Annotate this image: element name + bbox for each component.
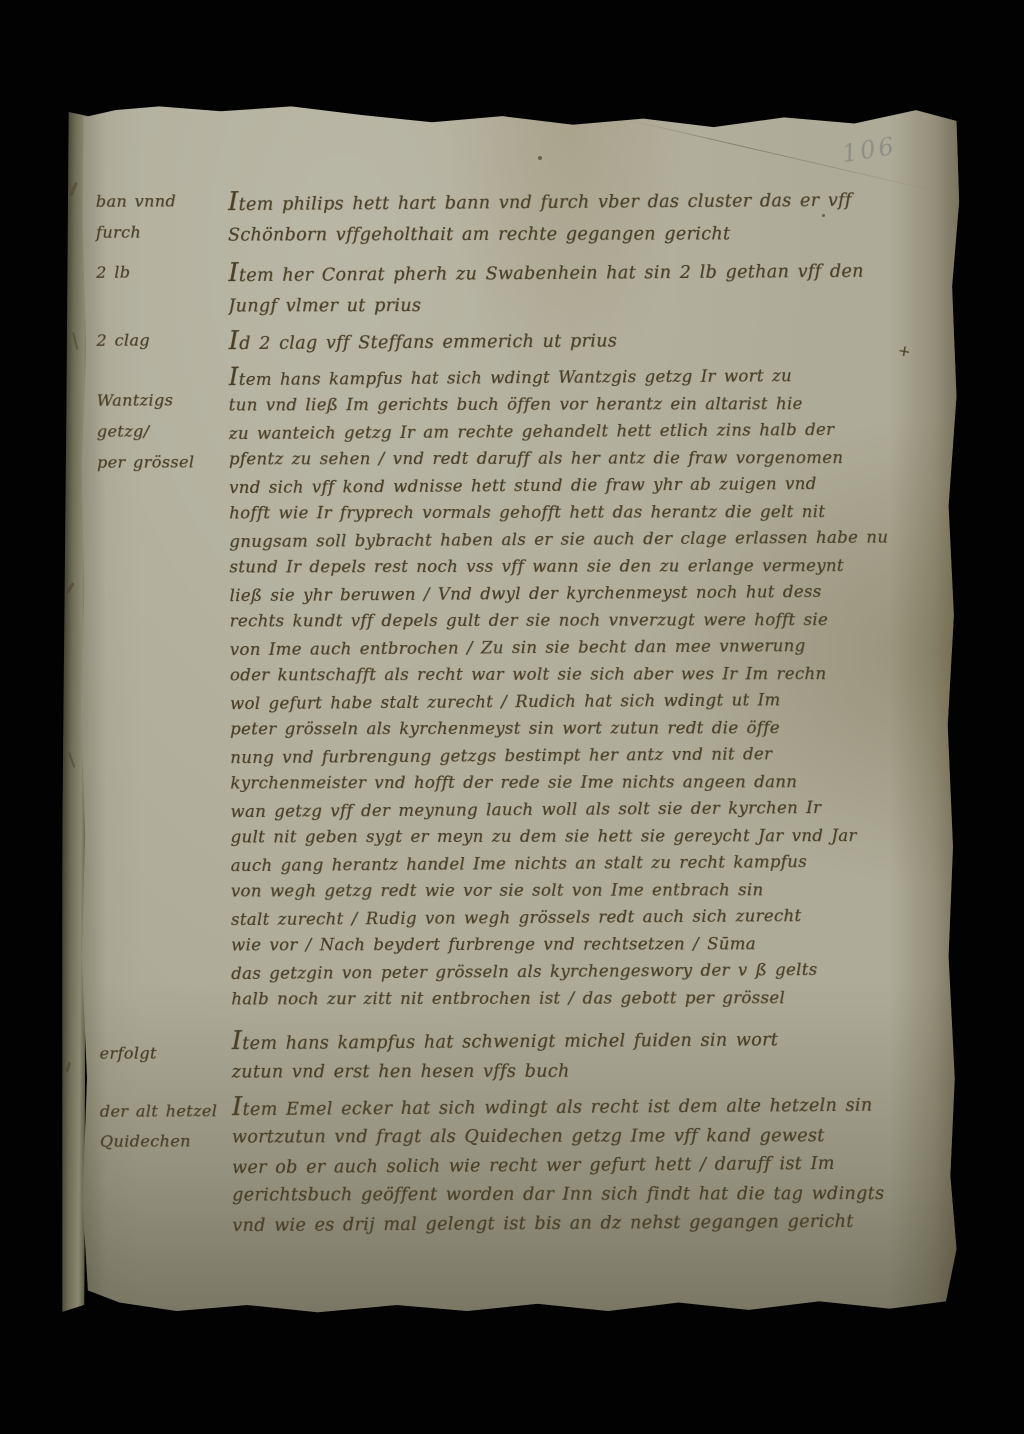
text-line: tun vnd ließ Im gerichts buch öffen vor …: [229, 390, 929, 419]
entry-2-clag: 2 clagId 2 clag vff Steffans emmerich ut…: [96, 321, 934, 360]
entry-2-lb: 2 lbItem her Conrat pherh zu Swabenhein …: [96, 253, 934, 324]
margin-note-line: furch: [96, 216, 228, 248]
text-line: peter grösseln als kyrchenmeyst sin wort…: [230, 714, 930, 743]
entry-ban-und-furch-margin-note: ban vnndfurch: [96, 185, 228, 248]
margin-note-line: per grössel: [97, 446, 229, 478]
ink-bleed-mark: [66, 1062, 72, 1072]
entry-ban-und-furch: ban vnndfurchItem philips hett hart bann…: [96, 182, 934, 253]
ink-bleed-mark: [68, 752, 75, 768]
paper-speck: [538, 156, 542, 160]
text-line: vnd sich vff kond wdnisse hett stund die…: [229, 469, 929, 501]
text-line: Jungf vlmer ut prius: [228, 289, 928, 323]
text-line: ließ sie yhr beruwen / Vnd dwyl der kyrc…: [229, 577, 929, 609]
text-line: Item hans kampfus hat schwenigt michel f…: [231, 1021, 931, 1059]
ink-bleed-mark: [72, 332, 78, 350]
text-line: von Ime auch entbrochen / Zu sin sie bec…: [230, 631, 930, 663]
manuscript-page: 106 + ban vnndfurchItem philips hett har…: [80, 104, 960, 1322]
text-line: wol gefurt habe stalt zurecht / Rudich h…: [230, 685, 930, 717]
text-line: Item philips hett hart bann vnd furch vb…: [228, 181, 928, 221]
text-line: vnd wie es drij mal gelengt ist bis an d…: [232, 1207, 932, 1241]
text-line: das getzgin von peter grösseln als kyrch…: [231, 955, 931, 987]
text-line: Item Emel ecker hat sich wdingt als rech…: [232, 1088, 932, 1125]
entry-wantzigs-getzg-margin-note: Wantzigs getzg/per grössel: [96, 362, 229, 478]
text-line: gult nit geben sygt er meyn zu dem sie h…: [231, 822, 931, 851]
text-line: rechts kundt vff depels gult der sie noc…: [230, 606, 930, 635]
entry-2-clag-margin-note: 2 clag: [96, 324, 228, 356]
text-line: hofft wie Ir fryprech vormals gehofft he…: [229, 498, 929, 527]
entry-2-lb-text: Item her Conrat pherh zu Swabenhein hat …: [228, 253, 934, 323]
text-line: wer ob er auch solich wie recht wer gefu…: [232, 1149, 932, 1183]
entry-der-alt-hetzel-text: Item Emel ecker hat sich wdingt als rech…: [232, 1089, 939, 1240]
text-line: kyrchenmeister vnd hofft der rede sie Im…: [230, 768, 930, 797]
text-line: stalt zurecht / Rudig von wegh grössels …: [231, 901, 931, 933]
text-line: Item hans kampfus hat sich wdingt Wantzg…: [228, 358, 928, 393]
text-line: zu wanteich getzg Ir am rechte gehandelt…: [229, 415, 929, 447]
entry-der-alt-hetzel-margin-note: der alt hetzelQuidechen: [100, 1092, 232, 1157]
text-line: halb noch zur zitt nit entbrochen ist / …: [231, 984, 931, 1013]
text-line: auch gang herantz handel Ime nichts an s…: [231, 847, 931, 879]
ink-bleed-mark: [66, 582, 75, 594]
text-line: nung vnd furbrengung getzgs bestimpt her…: [230, 739, 930, 771]
text-line: zutun vnd erst hen hesen vffs buch: [232, 1056, 932, 1088]
entry-2-clag-text: Id 2 clag vff Steffans emmerich ut prius: [228, 321, 934, 359]
margin-note-line: der alt hetzel: [100, 1096, 232, 1127]
text-line: oder kuntschafft als recht war wolt sie …: [230, 660, 930, 689]
margin-note-line: 2 clag: [96, 324, 228, 356]
ink-bleed-mark: [70, 182, 78, 196]
entry-der-alt-hetzel: der alt hetzelQuidechenItem Emel ecker h…: [100, 1089, 939, 1241]
entry-erfolgt-text: Item hans kampfus hat schwenigt michel f…: [231, 1022, 937, 1088]
text-line: wortzutun vnd fragt als Quidechen getzg …: [232, 1122, 932, 1153]
text-line: wan getzg vff der meynung lauch woll als…: [230, 793, 930, 825]
entries: ban vnndfurchItem philips hett hart bann…: [96, 182, 939, 1241]
entry-2-lb-margin-note: 2 lb: [96, 256, 228, 288]
text-line: pfentz zu sehen / vnd redt daruff als he…: [229, 444, 929, 473]
margin-note-line: 2 lb: [96, 256, 228, 288]
text-line: Schönborn vffgeholthait am rechte gegang…: [228, 218, 928, 252]
margin-note-line: erfolgt: [99, 1037, 231, 1069]
text-line: gnugsam soll bybracht haben als er sie a…: [229, 523, 929, 555]
text-line: Id 2 clag vff Steffans emmerich ut prius: [228, 320, 928, 360]
paper-speck: [352, 1312, 356, 1317]
text-line: stund Ir depels rest noch vss vff wann s…: [229, 552, 929, 581]
text-line: wie vor / Nach beydert furbrenge vnd rec…: [231, 930, 931, 959]
folio-number: 106: [840, 132, 899, 168]
entry-wantzigs-getzg-text: Item hans kampfus hat sich wdingt Wantzg…: [228, 359, 937, 1013]
text-line: Item her Conrat pherh zu Swabenhein hat …: [228, 252, 928, 292]
text-line: gerichtsbuch geöffent worden dar Inn sic…: [232, 1180, 932, 1211]
entry-ban-und-furch-text: Item philips hett hart bann vnd furch vb…: [228, 182, 934, 252]
entry-erfolgt: erfolgtItem hans kampfus hat schwenigt m…: [99, 1022, 937, 1089]
entry-wantzigs-getzg: Wantzigs getzg/per grösselItem hans kamp…: [96, 359, 937, 1014]
margin-note-line: ban vnnd: [96, 185, 228, 217]
text-line: von wegh getzg redt wie vor sie solt von…: [231, 876, 931, 905]
margin-note-line: Wantzigs getzg/: [97, 384, 229, 447]
scan-background: 106 + ban vnndfurchItem philips hett har…: [0, 0, 1024, 1434]
entry-erfolgt-margin-note: erfolgt: [99, 1025, 231, 1069]
margin-note-line: Quidechen: [100, 1126, 232, 1157]
